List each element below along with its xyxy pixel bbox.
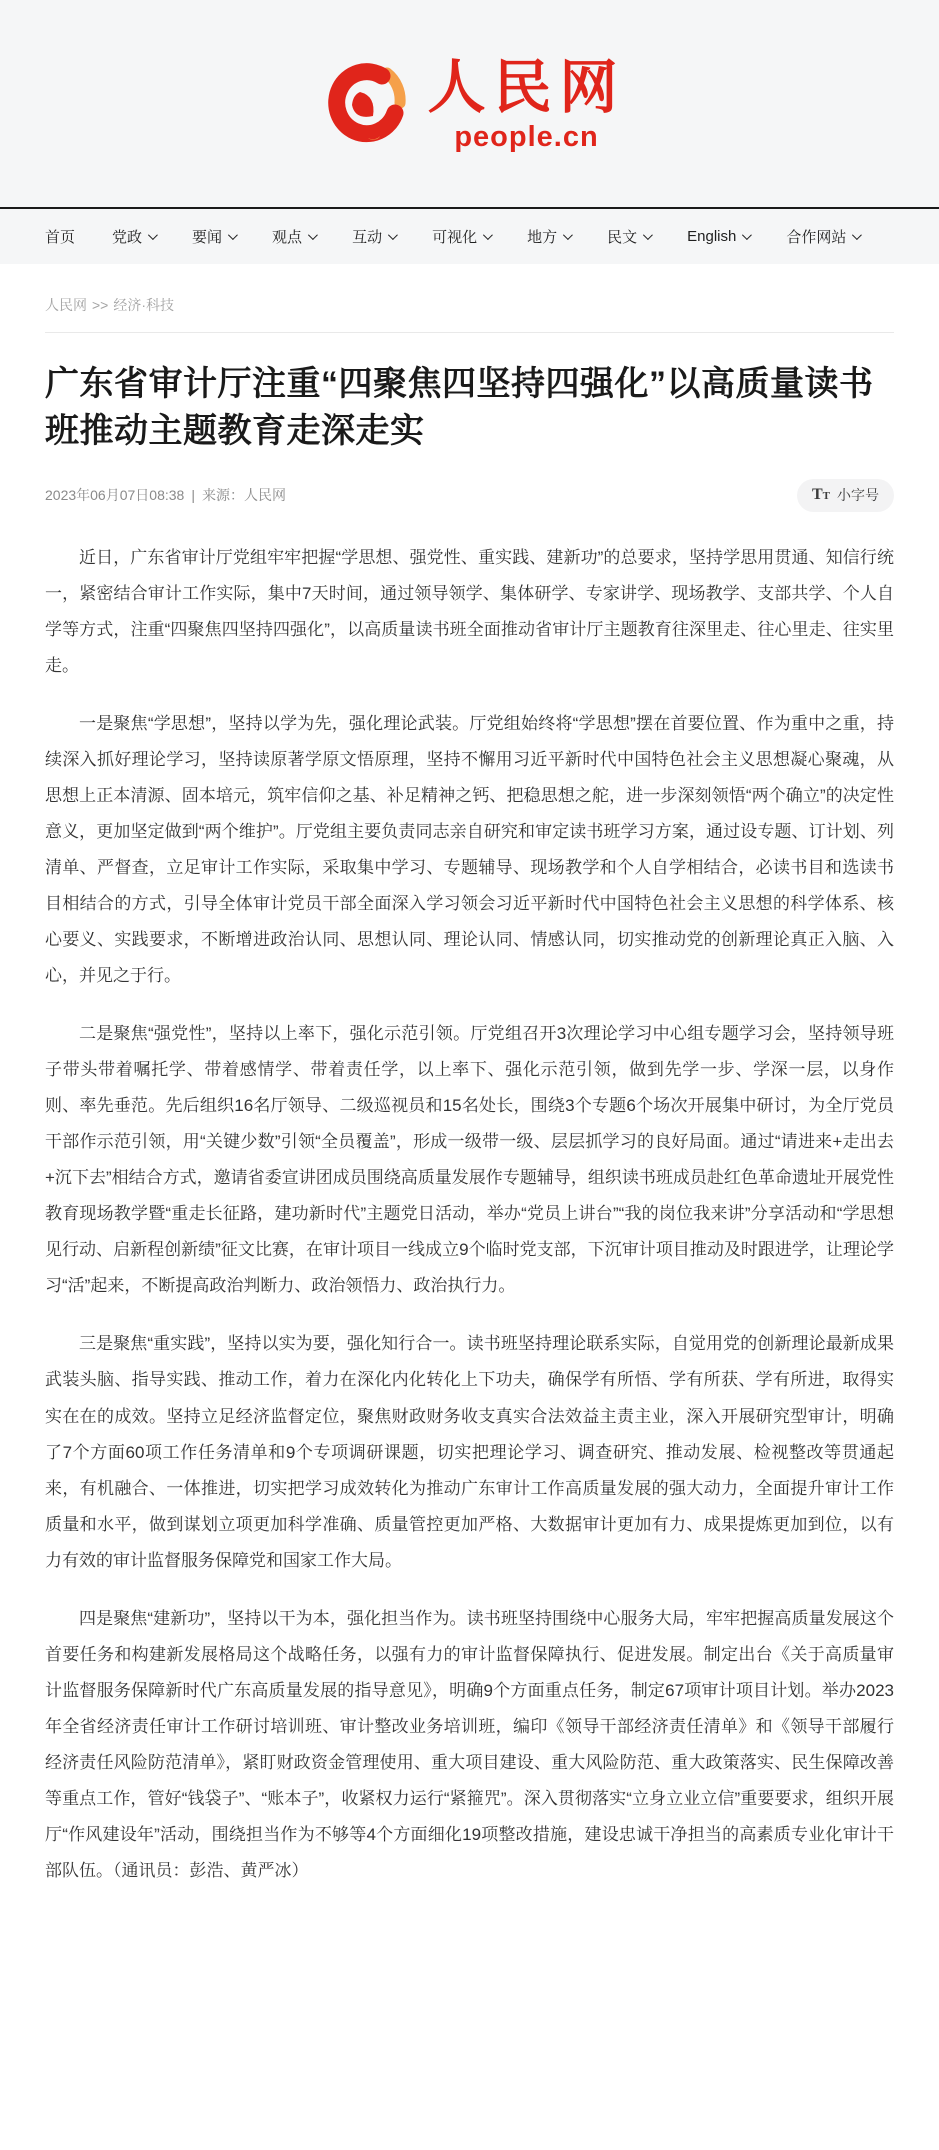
chevron-down-icon — [308, 230, 318, 240]
site-header: 人民网 people.cn — [0, 0, 939, 209]
article-body: 近日，广东省审计厅党组牢牢把握“学思想、强党性、重实践、建新功”的总要求，坚持学… — [45, 540, 894, 1921]
nav-item-label: 党政 — [112, 226, 142, 247]
chevron-down-icon — [388, 230, 398, 240]
font-size-label: 小字号 — [837, 485, 879, 505]
article-page: 人民网 >> 经济·科技 广东省审计厅注重“四聚焦四坚持四强化”以高质量读书班推… — [0, 295, 939, 1921]
nav-item-label: 互动 — [352, 226, 382, 247]
chevron-down-icon — [148, 230, 158, 240]
nav-item-label: English — [687, 228, 736, 245]
article-paragraph: 四是聚焦“建新功”，坚持以干为本，强化担当作为。读书班坚持围绕中心服务大局，牢牢… — [45, 1601, 894, 1889]
breadcrumb: 人民网 >> 经济·科技 — [45, 295, 894, 315]
nav-item-label: 民文 — [607, 226, 637, 247]
font-size-icon: TT — [812, 486, 830, 504]
nav-item[interactable]: 可视化 — [432, 226, 490, 247]
nav-item[interactable]: 地方 — [527, 226, 570, 247]
nav-item-label: 地方 — [527, 226, 557, 247]
nav-item[interactable]: 民文 — [607, 226, 650, 247]
article-source[interactable]: 来源：人民网 — [202, 485, 286, 505]
logo-en-text: people.cn — [454, 123, 598, 152]
nav-item[interactable]: English — [687, 228, 749, 245]
divider — [45, 332, 894, 333]
people-logo-icon — [313, 48, 413, 160]
breadcrumb-section-link[interactable]: 经济·科技 — [113, 295, 174, 315]
breadcrumb-separator: >> — [92, 297, 108, 313]
article-meta: 2023年06月07日08:38 | 来源：人民网 TT 小字号 — [45, 479, 894, 512]
meta-separator: | — [191, 487, 195, 503]
nav-item[interactable]: 合作网站 — [786, 226, 859, 247]
article-paragraph: 近日，广东省审计厅党组牢牢把握“学思想、强党性、重实践、建新功”的总要求，坚持学… — [45, 540, 894, 684]
publish-date: 2023年06月07日08:38 — [45, 485, 184, 505]
chevron-down-icon — [483, 230, 493, 240]
nav-item[interactable]: 观点 — [272, 226, 315, 247]
nav-item-label: 观点 — [272, 226, 302, 247]
nav-item-label: 要闻 — [192, 226, 222, 247]
nav-item[interactable]: 党政 — [112, 226, 155, 247]
article-meta-left: 2023年06月07日08:38 | 来源：人民网 — [45, 485, 286, 505]
chevron-down-icon — [852, 230, 862, 240]
nav-item-label: 首页 — [45, 226, 75, 247]
chevron-down-icon — [643, 230, 653, 240]
chevron-down-icon — [563, 230, 573, 240]
font-size-button[interactable]: TT 小字号 — [797, 479, 894, 512]
logo-cn-text: 人民网 — [427, 55, 625, 122]
site-logo[interactable]: 人民网 people.cn — [313, 48, 625, 160]
article-paragraph: 一是聚焦“学思想”，坚持以学为先，强化理论武装。厅党组始终将“学思想”摆在首要位… — [45, 706, 894, 994]
nav-item[interactable]: 互动 — [352, 226, 395, 247]
nav-item-label: 合作网站 — [786, 226, 846, 247]
main-nav: 首页 党政 要闻 观点 互动 可视化 地方 — [0, 209, 939, 264]
nav-item[interactable]: 首页 — [45, 226, 75, 247]
nav-item-label: 可视化 — [432, 226, 477, 247]
chevron-down-icon — [228, 230, 238, 240]
article-paragraph: 二是聚焦“强党性”，坚持以上率下，强化示范引领。厅党组召开3次理论学习中心组专题… — [45, 1016, 894, 1304]
chevron-down-icon — [742, 230, 752, 240]
breadcrumb-site-link[interactable]: 人民网 — [45, 295, 87, 315]
nav-item[interactable]: 要闻 — [192, 226, 235, 247]
article-paragraph: 三是聚焦“重实践”，坚持以实为要，强化知行合一。读书班坚持理论联系实际，自觉用党… — [45, 1326, 894, 1578]
page-title: 广东省审计厅注重“四聚焦四坚持四强化”以高质量读书班推动主题教育走深走实 — [45, 361, 894, 455]
